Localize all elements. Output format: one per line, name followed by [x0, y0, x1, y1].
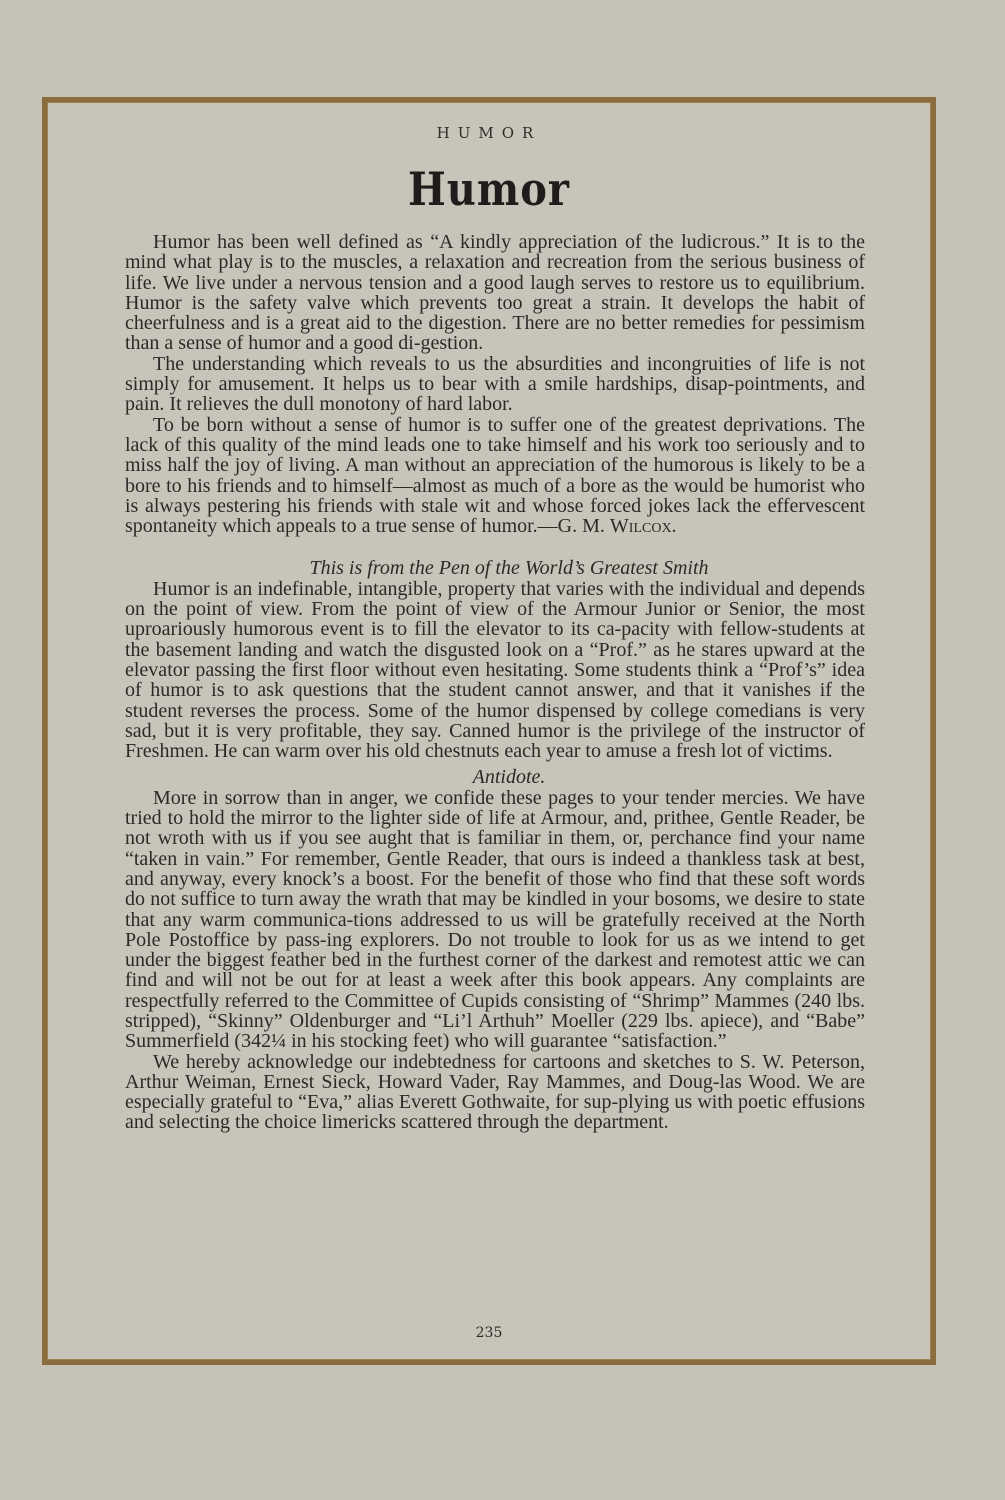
intro-paragraph-2: The understanding which reveals to us th…: [125, 354, 865, 415]
author-signature: Wilcox.: [610, 515, 677, 537]
section-heading-smith: This is from the Pen of the World’s Grea…: [125, 558, 865, 578]
running-head: HUMOR: [47, 124, 931, 142]
antidote-paragraph-1: More in sorrow than in anger, we confide…: [125, 788, 865, 1052]
page-title: Humor: [47, 162, 931, 216]
intro-paragraph-3-text: To be born without a sense of humor is t…: [125, 414, 865, 537]
intro-paragraph-1: Humor has been well defined as “A kindly…: [125, 232, 865, 354]
antidote-paragraph-2: We hereby acknowledge our indebtedness f…: [125, 1052, 865, 1133]
page-frame: HUMOR Humor Humor has been well defined …: [42, 97, 936, 1365]
section-heading-antidote: Antidote.: [125, 767, 865, 787]
intro-paragraph-3: To be born without a sense of humor is t…: [125, 415, 865, 537]
article-body: Humor has been well defined as “A kindly…: [125, 232, 865, 1133]
page-number: 235: [47, 1325, 931, 1341]
smith-paragraph-1: Humor is an indefinable, intangible, pro…: [125, 579, 865, 762]
